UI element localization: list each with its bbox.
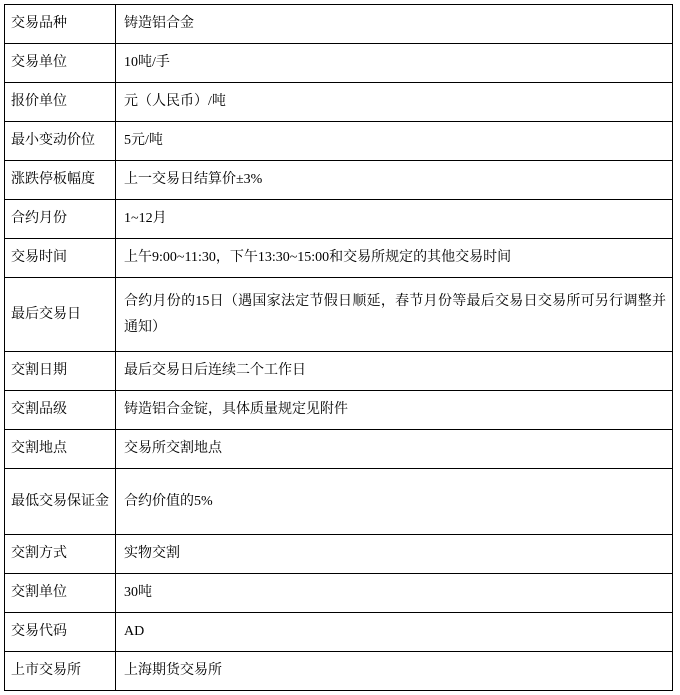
row-value: 上一交易日结算价±3% bbox=[116, 161, 673, 200]
row-label: 合约月份 bbox=[5, 200, 116, 239]
row-value: 30吨 bbox=[116, 574, 673, 613]
row-label: 涨跌停板幅度 bbox=[5, 161, 116, 200]
row-value: 合约月份的15日（遇国家法定节假日顺延，春节月份等最后交易日交易所可另行调整并通… bbox=[116, 278, 673, 352]
table-row: 最低交易保证金 合约价值的5% bbox=[5, 469, 673, 535]
table-row: 交易时间 上午9:00~11:30，下午13:30~15:00和交易所规定的其他… bbox=[5, 239, 673, 278]
row-value: 上午9:00~11:30，下午13:30~15:00和交易所规定的其他交易时间 bbox=[116, 239, 673, 278]
row-value: 交易所交割地点 bbox=[116, 430, 673, 469]
row-label: 交割单位 bbox=[5, 574, 116, 613]
row-label: 交易时间 bbox=[5, 239, 116, 278]
row-label: 最后交易日 bbox=[5, 278, 116, 352]
table-row: 交割地点 交易所交割地点 bbox=[5, 430, 673, 469]
table-row: 报价单位 元（人民币）/吨 bbox=[5, 83, 673, 122]
table-row: 交易代码 AD bbox=[5, 613, 673, 652]
row-value: AD bbox=[116, 613, 673, 652]
row-value: 元（人民币）/吨 bbox=[116, 83, 673, 122]
row-label: 最低交易保证金 bbox=[5, 469, 116, 535]
row-label: 交割地点 bbox=[5, 430, 116, 469]
row-label: 交易代码 bbox=[5, 613, 116, 652]
row-label: 上市交易所 bbox=[5, 652, 116, 691]
table-row: 交易单位 10吨/手 bbox=[5, 44, 673, 83]
row-label: 最小变动价位 bbox=[5, 122, 116, 161]
row-value: 铸造铝合金锭，具体质量规定见附件 bbox=[116, 391, 673, 430]
table-row: 上市交易所 上海期货交易所 bbox=[5, 652, 673, 691]
row-value: 最后交易日后连续二个工作日 bbox=[116, 352, 673, 391]
row-value: 1~12月 bbox=[116, 200, 673, 239]
row-label: 报价单位 bbox=[5, 83, 116, 122]
row-value: 合约价值的5% bbox=[116, 469, 673, 535]
contract-spec-table: 交易品种 铸造铝合金 交易单位 10吨/手 报价单位 元（人民币）/吨 最小变动… bbox=[4, 4, 673, 691]
table-row: 交割方式 实物交割 bbox=[5, 535, 673, 574]
row-label: 交割方式 bbox=[5, 535, 116, 574]
table-row: 交割单位 30吨 bbox=[5, 574, 673, 613]
table-row: 最后交易日 合约月份的15日（遇国家法定节假日顺延，春节月份等最后交易日交易所可… bbox=[5, 278, 673, 352]
page: 交易品种 铸造铝合金 交易单位 10吨/手 报价单位 元（人民币）/吨 最小变动… bbox=[0, 0, 680, 695]
row-label: 交割品级 bbox=[5, 391, 116, 430]
row-value: 5元/吨 bbox=[116, 122, 673, 161]
row-label: 交易品种 bbox=[5, 5, 116, 44]
table-row: 交易品种 铸造铝合金 bbox=[5, 5, 673, 44]
row-value: 10吨/手 bbox=[116, 44, 673, 83]
table-row: 交割品级 铸造铝合金锭，具体质量规定见附件 bbox=[5, 391, 673, 430]
row-label: 交易单位 bbox=[5, 44, 116, 83]
row-value: 实物交割 bbox=[116, 535, 673, 574]
row-value: 上海期货交易所 bbox=[116, 652, 673, 691]
row-value: 铸造铝合金 bbox=[116, 5, 673, 44]
row-label: 交割日期 bbox=[5, 352, 116, 391]
table-row: 交割日期 最后交易日后连续二个工作日 bbox=[5, 352, 673, 391]
table-row: 涨跌停板幅度 上一交易日结算价±3% bbox=[5, 161, 673, 200]
table-row: 最小变动价位 5元/吨 bbox=[5, 122, 673, 161]
table-row: 合约月份 1~12月 bbox=[5, 200, 673, 239]
